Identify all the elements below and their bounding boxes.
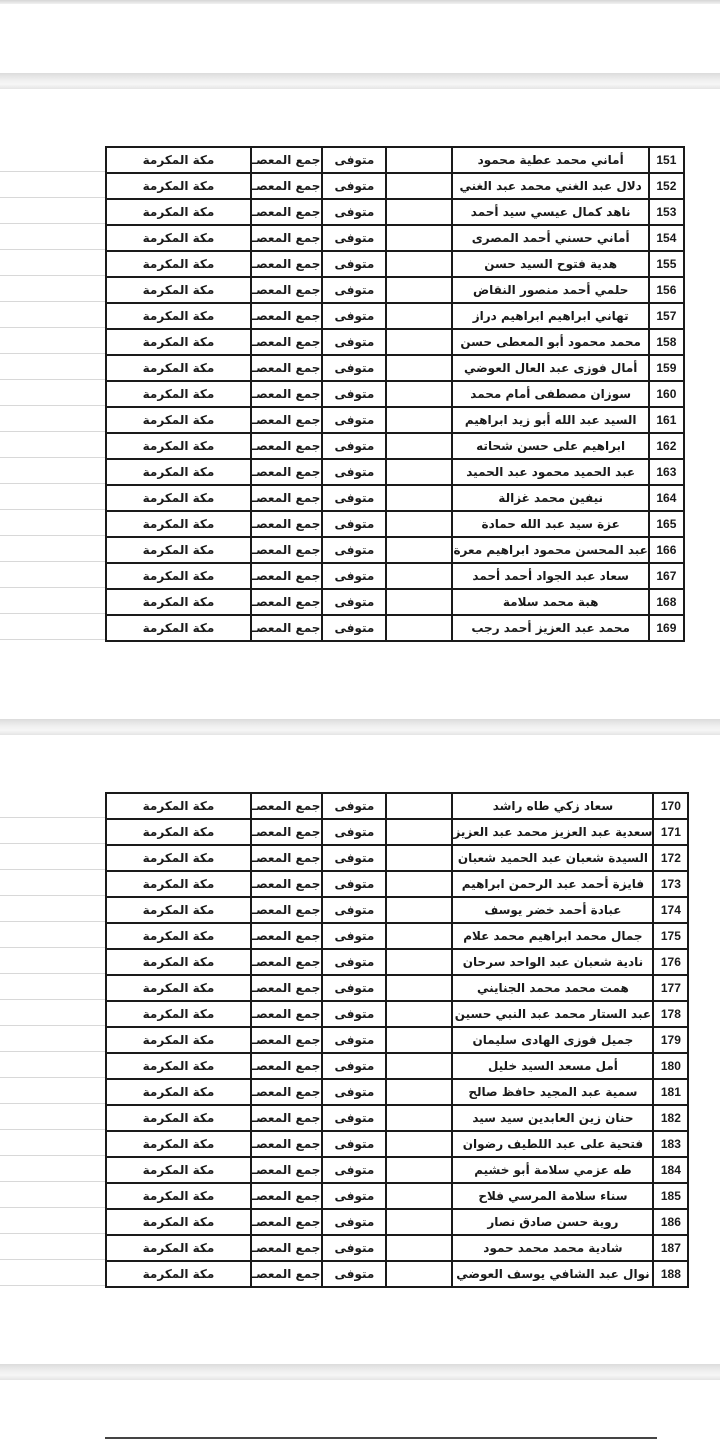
table-row: 163 عبد الحميد محمود عبد الحميد متوفى جم… [106, 459, 684, 485]
table-row: 183 فتحية على عبد اللطيف رضوان متوفى جمع… [106, 1131, 688, 1157]
governorate-cell: مكة المكرمة [106, 845, 251, 871]
status-cell: متوفى [322, 819, 386, 845]
table-row: 152 دلال عبد الغني محمد عبد الغني متوفى … [106, 173, 684, 199]
name-cell: سعدية عبد العزيز محمد عبد العزيز [452, 819, 653, 845]
name-cell: جمال محمد ابراهيم محمد علام [452, 923, 653, 949]
table-row: 153 ناهد كمال عيسي سيد أحمد متوفى جمع ال… [106, 199, 684, 225]
row-number-cell: 185 [653, 1183, 688, 1209]
empty-cell [386, 975, 452, 1001]
table-row: 179 جميل فوزى الهادى سليمان متوفى جمع ال… [106, 1027, 688, 1053]
row-number-cell: 168 [649, 589, 684, 615]
name-cell: روية حسن صادق نصار [452, 1209, 653, 1235]
table-row: 176 نادية شعبان عبد الواحد سرحان متوفى ج… [106, 949, 688, 975]
collection-cell: جمع المعصـ [251, 615, 322, 641]
collection-cell: جمع المعصـ [251, 329, 322, 355]
status-cell: متوفى [322, 1209, 386, 1235]
status-cell: متوفى [322, 251, 386, 277]
row-number-cell: 181 [653, 1079, 688, 1105]
status-cell: متوفى [322, 147, 386, 173]
status-cell: متوفى [322, 845, 386, 871]
governorate-cell: مكة المكرمة [106, 1027, 251, 1053]
governorate-cell: مكة المكرمة [106, 173, 251, 199]
name-cell: السيد عبد الله أبو زيد ابراهيم [452, 407, 648, 433]
table-row: 180 أمل مسعد السيد خليل متوفى جمع المعصـ… [106, 1053, 688, 1079]
governorate-cell: مكة المكرمة [106, 1105, 251, 1131]
collection-cell: جمع المعصـ [251, 1261, 322, 1287]
row-number-cell: 175 [653, 923, 688, 949]
status-cell: متوفى [322, 1157, 386, 1183]
table-row: 167 سعاد عبد الجواد أحمد أحمد متوفى جمع … [106, 563, 684, 589]
name-cell: عبادة أحمد خضر يوسف [452, 897, 653, 923]
table-row: 174 عبادة أحمد خضر يوسف متوفى جمع المعصـ… [106, 897, 688, 923]
table-row: 161 السيد عبد الله أبو زيد ابراهيم متوفى… [106, 407, 684, 433]
row-number-cell: 166 [649, 537, 684, 563]
governorate-cell: مكة المكرمة [106, 1079, 251, 1105]
empty-cell [386, 511, 452, 537]
empty-cell [386, 1131, 452, 1157]
name-cell: هدية فتوح السيد حسن [452, 251, 648, 277]
table-row: 159 أمال فوزى عبد العال العوضي متوفى جمع… [106, 355, 684, 381]
empty-cell [386, 355, 452, 381]
status-cell: متوفى [322, 1027, 386, 1053]
row-number-cell: 165 [649, 511, 684, 537]
table-row: 162 ابراهيم على حسن شحاته متوفى جمع المع… [106, 433, 684, 459]
collection-cell: جمع المعصـ [251, 1053, 322, 1079]
sheet-gridlines-left [0, 146, 106, 640]
status-cell: متوفى [322, 1001, 386, 1027]
empty-cell [386, 1001, 452, 1027]
row-number-cell: 184 [653, 1157, 688, 1183]
status-cell: متوفى [322, 1183, 386, 1209]
empty-cell [386, 147, 452, 173]
empty-cell [386, 871, 452, 897]
status-cell: متوفى [322, 173, 386, 199]
row-number-cell: 154 [649, 225, 684, 251]
empty-cell [386, 845, 452, 871]
governorate-cell: مكة المكرمة [106, 589, 251, 615]
collection-cell: جمع المعصـ [251, 871, 322, 897]
name-cell: عبد الستار محمد عبد النبي حسين [452, 1001, 653, 1027]
collection-cell: جمع المعصـ [251, 1209, 322, 1235]
row-number-cell: 167 [649, 563, 684, 589]
row-number-cell: 163 [649, 459, 684, 485]
empty-cell [386, 329, 452, 355]
name-cell: فايزة أحمد عبد الرحمن ابراهيم [452, 871, 653, 897]
governorate-cell: مكة المكرمة [106, 1183, 251, 1209]
collection-cell: جمع المعصـ [251, 355, 322, 381]
row-number-cell: 160 [649, 381, 684, 407]
collection-cell: جمع المعصـ [251, 459, 322, 485]
name-cell: همت محمد محمد الجنايني [452, 975, 653, 1001]
records-table-page-1: 151 أماني محمد عطية محمود متوفى جمع المع… [105, 146, 685, 642]
governorate-cell: مكة المكرمة [106, 355, 251, 381]
table-row: 156 حلمي أحمد منصور النقاض متوفى جمع الم… [106, 277, 684, 303]
collection-cell: جمع المعصـ [251, 277, 322, 303]
collection-cell: جمع المعصـ [251, 251, 322, 277]
governorate-cell: مكة المكرمة [106, 1209, 251, 1235]
row-number-cell: 161 [649, 407, 684, 433]
name-cell: فتحية على عبد اللطيف رضوان [452, 1131, 653, 1157]
collection-cell: جمع المعصـ [251, 949, 322, 975]
governorate-cell: مكة المكرمة [106, 277, 251, 303]
empty-cell [386, 1105, 452, 1131]
governorate-cell: مكة المكرمة [106, 871, 251, 897]
empty-cell [386, 1053, 452, 1079]
status-cell: متوفى [322, 1261, 386, 1287]
table-row: 178 عبد الستار محمد عبد النبي حسين متوفى… [106, 1001, 688, 1027]
row-number-cell: 153 [649, 199, 684, 225]
collection-cell: جمع المعصـ [251, 1105, 322, 1131]
empty-cell [386, 381, 452, 407]
name-cell: السيدة شعبان عبد الحميد شعبان [452, 845, 653, 871]
collection-cell: جمع المعصـ [251, 1131, 322, 1157]
status-cell: متوفى [322, 381, 386, 407]
status-cell: متوفى [322, 407, 386, 433]
collection-cell: جمع المعصـ [251, 1235, 322, 1261]
row-number-cell: 173 [653, 871, 688, 897]
governorate-cell: مكة المكرمة [106, 433, 251, 459]
name-cell: دلال عبد الغني محمد عبد الغني [452, 173, 648, 199]
collection-cell: جمع المعصـ [251, 173, 322, 199]
governorate-cell: مكة المكرمة [106, 303, 251, 329]
status-cell: متوفى [322, 589, 386, 615]
collection-cell: جمع المعصـ [251, 433, 322, 459]
status-cell: متوفى [322, 975, 386, 1001]
name-cell: نوال عبد الشافي يوسف العوضي [452, 1261, 653, 1287]
table-row: 151 أماني محمد عطية محمود متوفى جمع المع… [106, 147, 684, 173]
row-number-cell: 170 [653, 793, 688, 819]
name-cell: ابراهيم على حسن شحاته [452, 433, 648, 459]
name-cell: نيفين محمد غزالة [452, 485, 648, 511]
collection-cell: جمع المعصـ [251, 381, 322, 407]
row-number-cell: 158 [649, 329, 684, 355]
records-table-page-2: 170 سعاد زكي طاه راشد متوفى جمع المعصـ م… [105, 792, 689, 1288]
collection-cell: جمع المعصـ [251, 1027, 322, 1053]
row-number-cell: 159 [649, 355, 684, 381]
name-cell: جميل فوزى الهادى سليمان [452, 1027, 653, 1053]
name-cell: سوزان مصطفى أمام محمد [452, 381, 648, 407]
collection-cell: جمع المعصـ [251, 511, 322, 537]
empty-cell [386, 897, 452, 923]
empty-cell [386, 1209, 452, 1235]
name-cell: عزة سيد عبد الله حمادة [452, 511, 648, 537]
status-cell: متوفى [322, 1131, 386, 1157]
status-cell: متوفى [322, 949, 386, 975]
name-cell: شادية محمد محمد حمود [452, 1235, 653, 1261]
collection-cell: جمع المعصـ [251, 225, 322, 251]
status-cell: متوفى [322, 1079, 386, 1105]
table-row: 164 نيفين محمد غزالة متوفى جمع المعصـ مك… [106, 485, 684, 511]
collection-cell: جمع المعصـ [251, 819, 322, 845]
table-row: 155 هدية فتوح السيد حسن متوفى جمع المعصـ… [106, 251, 684, 277]
page-separator-2 [0, 719, 720, 735]
status-cell: متوفى [322, 1235, 386, 1261]
governorate-cell: مكة المكرمة [106, 563, 251, 589]
collection-cell: جمع المعصـ [251, 1001, 322, 1027]
collection-cell: جمع المعصـ [251, 563, 322, 589]
empty-cell [386, 277, 452, 303]
status-cell: متوفى [322, 225, 386, 251]
empty-cell [386, 589, 452, 615]
row-number-cell: 182 [653, 1105, 688, 1131]
collection-cell: جمع المعصـ [251, 199, 322, 225]
table-row: 154 أماني حسني أحمد المصرى متوفى جمع الم… [106, 225, 684, 251]
name-cell: حلمي أحمد منصور النقاض [452, 277, 648, 303]
empty-cell [386, 923, 452, 949]
governorate-cell: مكة المكرمة [106, 923, 251, 949]
row-number-cell: 157 [649, 303, 684, 329]
status-cell: متوفى [322, 563, 386, 589]
governorate-cell: مكة المكرمة [106, 381, 251, 407]
table-row: 177 همت محمد محمد الجنايني متوفى جمع الم… [106, 975, 688, 1001]
name-cell: محمد عبد العزيز أحمد رجب [452, 615, 648, 641]
empty-cell [386, 537, 452, 563]
governorate-cell: مكة المكرمة [106, 485, 251, 511]
governorate-cell: مكة المكرمة [106, 329, 251, 355]
collection-cell: جمع المعصـ [251, 923, 322, 949]
empty-cell [386, 1157, 452, 1183]
table-row: 165 عزة سيد عبد الله حمادة متوفى جمع الم… [106, 511, 684, 537]
table-row: 186 روية حسن صادق نصار متوفى جمع المعصـ … [106, 1209, 688, 1235]
status-cell: متوفى [322, 871, 386, 897]
row-number-cell: 155 [649, 251, 684, 277]
governorate-cell: مكة المكرمة [106, 225, 251, 251]
empty-cell [386, 1261, 452, 1287]
row-number-cell: 177 [653, 975, 688, 1001]
status-cell: متوفى [322, 1053, 386, 1079]
name-cell: أمل مسعد السيد خليل [452, 1053, 653, 1079]
collection-cell: جمع المعصـ [251, 1183, 322, 1209]
governorate-cell: مكة المكرمة [106, 199, 251, 225]
governorate-cell: مكة المكرمة [106, 1235, 251, 1261]
table-row: 173 فايزة أحمد عبد الرحمن ابراهيم متوفى … [106, 871, 688, 897]
row-number-cell: 151 [649, 147, 684, 173]
name-cell: سعاد عبد الجواد أحمد أحمد [452, 563, 648, 589]
status-cell: متوفى [322, 1105, 386, 1131]
empty-cell [386, 433, 452, 459]
row-number-cell: 164 [649, 485, 684, 511]
empty-cell [386, 173, 452, 199]
name-cell: سعاد زكي طاه راشد [452, 793, 653, 819]
table-row: 185 سناء سلامة المرسي فلاح متوفى جمع الم… [106, 1183, 688, 1209]
governorate-cell: مكة المكرمة [106, 1053, 251, 1079]
row-number-cell: 156 [649, 277, 684, 303]
empty-cell [386, 1027, 452, 1053]
governorate-cell: مكة المكرمة [106, 1261, 251, 1287]
collection-cell: جمع المعصـ [251, 537, 322, 563]
empty-cell [386, 1079, 452, 1105]
row-number-cell: 171 [653, 819, 688, 845]
empty-cell [386, 1183, 452, 1209]
page-separator-top [0, 0, 720, 4]
governorate-cell: مكة المكرمة [106, 975, 251, 1001]
empty-cell [386, 1235, 452, 1261]
table-row: 182 حنان زين العابدين سيد سيد متوفى جمع … [106, 1105, 688, 1131]
row-number-cell: 180 [653, 1053, 688, 1079]
table-row: 157 تهاني ابراهيم ابراهيم دراز متوفى جمع… [106, 303, 684, 329]
governorate-cell: مكة المكرمة [106, 251, 251, 277]
status-cell: متوفى [322, 199, 386, 225]
name-cell: عبد المحسن محمود ابراهيم معرة [452, 537, 648, 563]
collection-cell: جمع المعصـ [251, 1079, 322, 1105]
row-number-cell: 188 [653, 1261, 688, 1287]
empty-cell [386, 949, 452, 975]
governorate-cell: مكة المكرمة [106, 459, 251, 485]
table-row: 187 شادية محمد محمد حمود متوفى جمع المعص… [106, 1235, 688, 1261]
governorate-cell: مكة المكرمة [106, 537, 251, 563]
table-row: 158 محمد محمود أبو المعطى حسن متوفى جمع … [106, 329, 684, 355]
status-cell: متوفى [322, 459, 386, 485]
table-row: 181 سمية عبد المجيد حافظ صالح متوفى جمع … [106, 1079, 688, 1105]
row-number-cell: 152 [649, 173, 684, 199]
row-number-cell: 179 [653, 1027, 688, 1053]
governorate-cell: مكة المكرمة [106, 511, 251, 537]
status-cell: متوفى [322, 511, 386, 537]
empty-cell [386, 459, 452, 485]
governorate-cell: مكة المكرمة [106, 793, 251, 819]
name-cell: هبة محمد سلامة [452, 589, 648, 615]
status-cell: متوفى [322, 485, 386, 511]
collection-cell: جمع المعصـ [251, 975, 322, 1001]
row-number-cell: 172 [653, 845, 688, 871]
table-row: 166 عبد المحسن محمود ابراهيم معرة متوفى … [106, 537, 684, 563]
page-separator-1 [0, 73, 720, 89]
status-cell: متوفى [322, 793, 386, 819]
page-separator-3 [0, 1364, 720, 1380]
empty-cell [386, 615, 452, 641]
name-cell: سمية عبد المجيد حافظ صالح [452, 1079, 653, 1105]
collection-cell: جمع المعصـ [251, 485, 322, 511]
collection-cell: جمع المعصـ [251, 1157, 322, 1183]
governorate-cell: مكة المكرمة [106, 615, 251, 641]
governorate-cell: مكة المكرمة [106, 407, 251, 433]
status-cell: متوفى [322, 277, 386, 303]
governorate-cell: مكة المكرمة [106, 897, 251, 923]
governorate-cell: مكة المكرمة [106, 949, 251, 975]
name-cell: عبد الحميد محمود عبد الحميد [452, 459, 648, 485]
name-cell: سناء سلامة المرسي فلاح [452, 1183, 653, 1209]
empty-cell [386, 303, 452, 329]
table-row: 184 طه عزمي سلامة أبو خشيم متوفى جمع الم… [106, 1157, 688, 1183]
collection-cell: جمع المعصـ [251, 303, 322, 329]
table-row: 188 نوال عبد الشافي يوسف العوضي متوفى جم… [106, 1261, 688, 1287]
empty-cell [386, 199, 452, 225]
governorate-cell: مكة المكرمة [106, 1131, 251, 1157]
table-row: 172 السيدة شعبان عبد الحميد شعبان متوفى … [106, 845, 688, 871]
empty-cell [386, 251, 452, 277]
table-row: 168 هبة محمد سلامة متوفى جمع المعصـ مكة … [106, 589, 684, 615]
collection-cell: جمع المعصـ [251, 589, 322, 615]
collection-cell: جمع المعصـ [251, 793, 322, 819]
status-cell: متوفى [322, 303, 386, 329]
empty-cell [386, 819, 452, 845]
collection-cell: جمع المعصـ [251, 897, 322, 923]
status-cell: متوفى [322, 615, 386, 641]
governorate-cell: مكة المكرمة [106, 147, 251, 173]
row-number-cell: 162 [649, 433, 684, 459]
name-cell: ناهد كمال عيسي سيد أحمد [452, 199, 648, 225]
empty-cell [386, 485, 452, 511]
status-cell: متوفى [322, 923, 386, 949]
row-number-cell: 186 [653, 1209, 688, 1235]
collection-cell: جمع المعصـ [251, 147, 322, 173]
row-number-cell: 178 [653, 1001, 688, 1027]
row-number-cell: 183 [653, 1131, 688, 1157]
empty-cell [386, 407, 452, 433]
status-cell: متوفى [322, 537, 386, 563]
status-cell: متوفى [322, 433, 386, 459]
row-number-cell: 187 [653, 1235, 688, 1261]
name-cell: طه عزمي سلامة أبو خشيم [452, 1157, 653, 1183]
governorate-cell: مكة المكرمة [106, 1001, 251, 1027]
collection-cell: جمع المعصـ [251, 407, 322, 433]
status-cell: متوفى [322, 355, 386, 381]
table-row: 169 محمد عبد العزيز أحمد رجب متوفى جمع ا… [106, 615, 684, 641]
name-cell: نادية شعبان عبد الواحد سرحان [452, 949, 653, 975]
table-row: 175 جمال محمد ابراهيم محمد علام متوفى جم… [106, 923, 688, 949]
row-number-cell: 174 [653, 897, 688, 923]
empty-cell [386, 225, 452, 251]
name-cell: أماني حسني أحمد المصرى [452, 225, 648, 251]
governorate-cell: مكة المكرمة [106, 819, 251, 845]
status-cell: متوفى [322, 329, 386, 355]
name-cell: أمال فوزى عبد العال العوضي [452, 355, 648, 381]
name-cell: حنان زين العابدين سيد سيد [452, 1105, 653, 1131]
table-row: 160 سوزان مصطفى أمام محمد متوفى جمع المع… [106, 381, 684, 407]
name-cell: محمد محمود أبو المعطى حسن [452, 329, 648, 355]
table-row: 170 سعاد زكي طاه راشد متوفى جمع المعصـ م… [106, 793, 688, 819]
name-cell: أماني محمد عطية محمود [452, 147, 648, 173]
row-number-cell: 176 [653, 949, 688, 975]
empty-cell [386, 793, 452, 819]
empty-cell [386, 563, 452, 589]
status-cell: متوفى [322, 897, 386, 923]
row-number-cell: 169 [649, 615, 684, 641]
governorate-cell: مكة المكرمة [106, 1157, 251, 1183]
name-cell: تهاني ابراهيم ابراهيم دراز [452, 303, 648, 329]
sheet-gridlines-left [0, 792, 106, 1286]
collection-cell: جمع المعصـ [251, 845, 322, 871]
table-row: 171 سعدية عبد العزيز محمد عبد العزيز متو… [106, 819, 688, 845]
